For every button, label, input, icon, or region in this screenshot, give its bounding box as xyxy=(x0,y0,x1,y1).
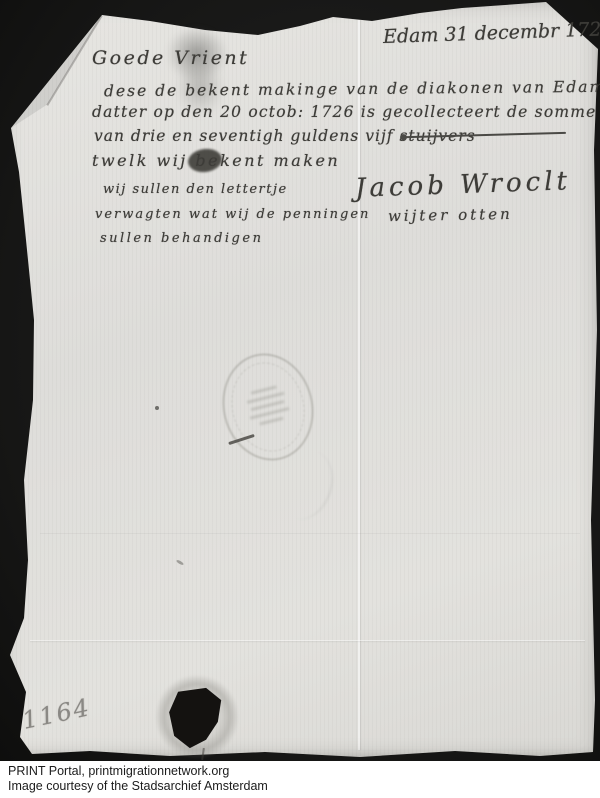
manuscript-postscript-line: sullen behandigen xyxy=(100,231,263,246)
attribution-footer: PRINT Portal, printmigrationnetwork.org … xyxy=(0,761,600,798)
scan-viewer: Edam 31 decembr 1726 Goede Vrient dese d… xyxy=(0,0,600,798)
horizontal-fold-crease-2 xyxy=(40,533,580,534)
signature-flourish-line: wijter otten xyxy=(388,205,513,225)
horizontal-fold-crease xyxy=(30,640,585,641)
manuscript-postscript-line: verwagten wat wij de penningen xyxy=(95,207,370,222)
manuscript-body-line: twelk wij bekent maken xyxy=(92,151,340,170)
attribution-portal-text: PRINT Portal, printmigrationnetwork.org xyxy=(0,761,600,779)
document-photo: Edam 31 decembr 1726 Goede Vrient dese d… xyxy=(0,0,600,761)
manuscript-body-line: datter op den 20 octob: 1726 is gecollec… xyxy=(92,103,597,121)
attribution-courtesy-text: Image courtesy of the Stadsarchief Amste… xyxy=(0,779,600,794)
ink-speck xyxy=(155,406,159,410)
manuscript-postscript-line: wij sullen den lettertje xyxy=(103,182,288,197)
manuscript-salutation: Goede Vrient xyxy=(92,47,249,69)
